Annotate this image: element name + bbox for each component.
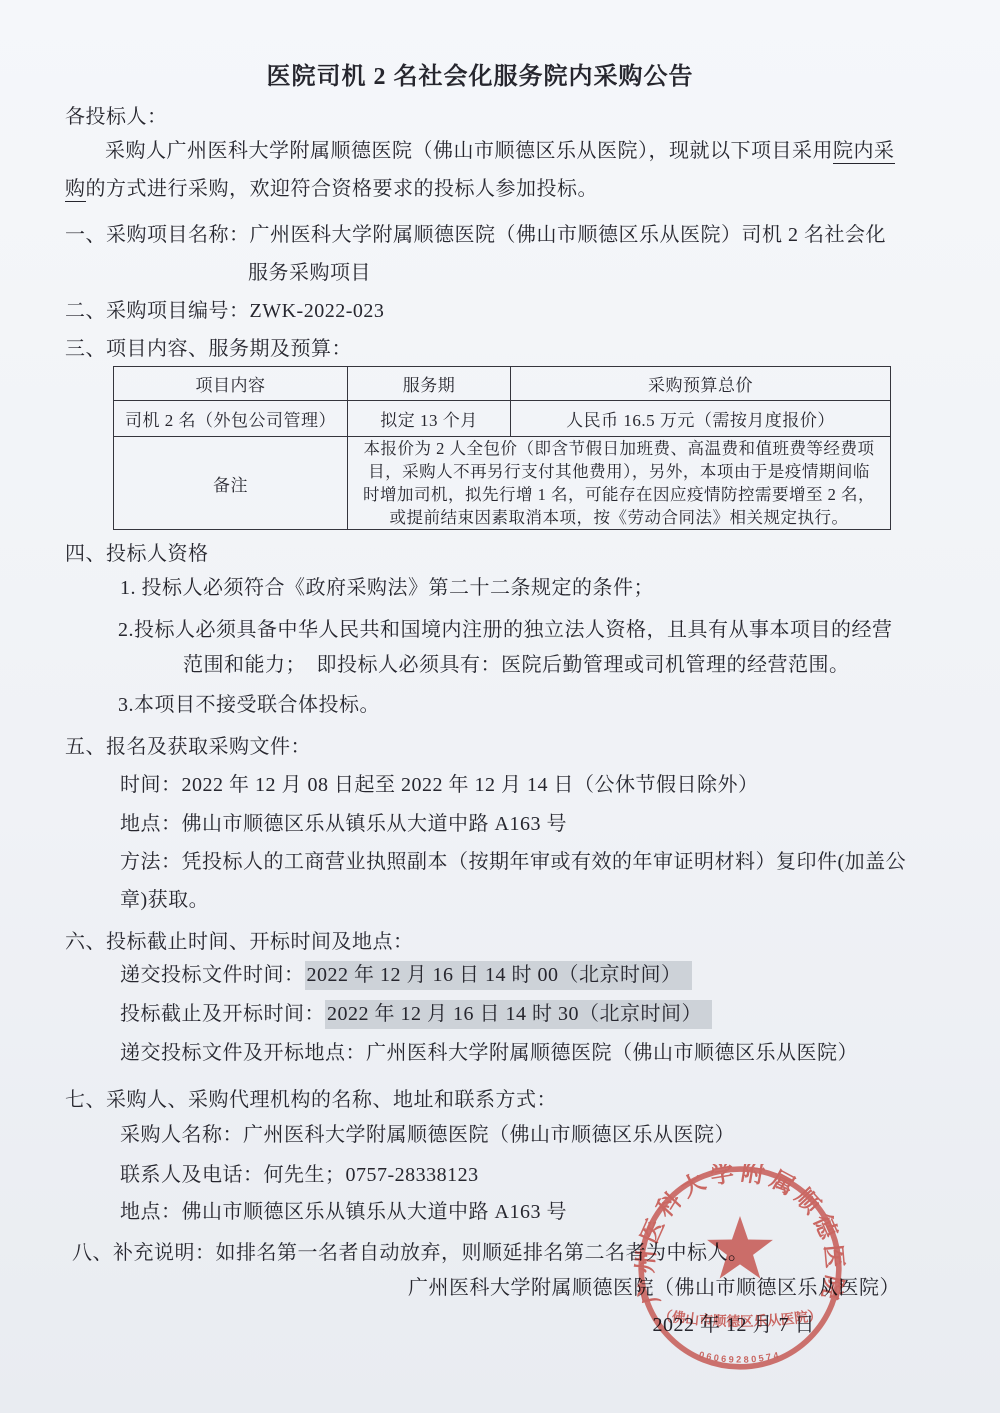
cell-period: 拟定 13 个月 — [348, 401, 511, 437]
intro-line-2: 购的方式进行采购，欢迎符合资格要求的投标人参加投标。 — [65, 176, 900, 203]
section-2: 二、采购项目编号：ZWK-2022-023 — [65, 298, 900, 325]
date-line: 2022 年 12 月 7 日 — [65, 1312, 815, 1339]
intro-line-1: 采购人广州医科大学附属顺德医院（佛山市顺德区乐从医院），现就以下项目采用院内采 — [65, 138, 940, 165]
table-header-budget: 采购预算总价 — [511, 367, 891, 401]
section-1-line-2: 服务采购项目 — [65, 260, 1000, 287]
section-4-heading: 四、投标人资格 — [65, 541, 900, 568]
remark-label: 备注 — [114, 437, 348, 530]
note-line: 时增加司机，拟先行增 1 名，可能存在因应疫情防控需要增至 2 名， — [352, 483, 886, 506]
section-7-contact: 联系人及电话：何先生；0757-28338123 — [65, 1162, 955, 1189]
note-line: 目，采购人不再另行支付其他费用），另外，本项由于是疫情期间临 — [352, 460, 886, 483]
seal-serial-number: 06069280574 — [698, 1350, 782, 1365]
section-7-heading: 七、采购人、采购代理机构的名称、地址和联系方式： — [65, 1087, 900, 1114]
section-3: 三、项目内容、服务期及预算： — [65, 336, 900, 363]
section-6-open-place: 递交投标文件及开标地点：广州医科大学附属顺德医院（佛山市顺德区乐从医院） — [65, 1040, 955, 1067]
section-1-line-1: 一、采购项目名称：广州医科大学附属顺德医院（佛山市顺德区乐从医院）司机 2 名社… — [65, 222, 900, 249]
section-4-item-3: 3.本项目不接受联合体投标。 — [65, 692, 953, 719]
note-line: 本报价为 2 人全包价（即含节假日加班费、高温费和值班费等经费项 — [352, 437, 886, 460]
section-7-buyer: 采购人名称：广州医科大学附属顺德医院（佛山市顺德区乐从医院） — [65, 1122, 955, 1149]
section-7-address: 地点：佛山市顺德区乐从镇乐从大道中路 A163 号 — [65, 1199, 955, 1226]
cell-budget: 人民币 16.5 万元（需按月度报价） — [511, 401, 891, 437]
deadline-label: 投标截止及开标时间： — [120, 1003, 325, 1025]
table-header-period: 服务期 — [348, 367, 511, 401]
remark-note: 本报价为 2 人全包价（即含节假日加班费、高温费和值班费等经费项 目，采购人不再… — [348, 437, 891, 530]
section-6-deadline: 投标截止及开标时间：2022 年 12 月 16 日 14 时 30（北京时间） — [65, 1001, 955, 1028]
signature-line: 广州医科大学附属顺德医院（佛山市顺德区乐从医院） — [65, 1275, 900, 1302]
section-5-heading: 五、报名及获取采购文件： — [65, 734, 900, 761]
salutation: 各投标人： — [65, 104, 900, 131]
section-5-method-line-1: 方法：凭投标人的工商营业执照副本（按期年审或有效的年审证明材料）复印件(加盖公 — [65, 849, 955, 876]
official-seal-stamp: 广州医科大学附属顺德医院 （佛山市顺德区乐从医院） 06069280574 — [633, 1164, 847, 1378]
submit-time-value-highlighted: 2022 年 12 月 16 日 14 时 00（北京时间） — [305, 961, 692, 990]
intro-underlined-text: 购 — [65, 178, 86, 202]
svg-text:06069280574: 06069280574 — [698, 1350, 782, 1365]
intro-text: 的方式进行采购，欢迎符合资格要求的投标人参加投标。 — [86, 178, 599, 200]
section-6-heading: 六、投标截止时间、开标时间及地点： — [65, 929, 900, 956]
section-5-method-line-2: 章)获取。 — [65, 887, 955, 914]
table-remark-row: 备注 本报价为 2 人全包价（即含节假日加班费、高温费和值班费等经费项 目，采购… — [114, 437, 891, 530]
table-header-content: 项目内容 — [114, 367, 348, 401]
section-6-submit-time: 递交投标文件时间：2022 年 12 月 16 日 14 时 00（北京时间） — [65, 962, 955, 989]
table-row: 司机 2 名（外包公司管理） 拟定 13 个月 人民币 16.5 万元（需按月度… — [114, 401, 891, 437]
intro-underlined-text: 院内采 — [833, 140, 895, 164]
section-8: 八、补充说明：如排名第一名者自动放弃，则顺延排名第二名者为中标人。 — [65, 1240, 907, 1267]
intro-text: 采购人广州医科大学附属顺德医院（佛山市顺德区乐从医院），现就以下项目采用 — [105, 140, 833, 162]
section-4-item-2-line-1: 2.投标人必须具备中华人民共和国境内注册的独立法人资格，且具有从事本项目的经营 — [65, 617, 953, 644]
section-4-item-1: 1. 投标人必须符合《政府采购法》第二十二条规定的条件； — [65, 575, 955, 602]
section-5-time: 时间：2022 年 12 月 08 日起至 2022 年 12 月 14 日（公… — [65, 772, 955, 799]
cell-content: 司机 2 名（外包公司管理） — [114, 401, 348, 437]
budget-table: 项目内容 服务期 采购预算总价 司机 2 名（外包公司管理） 拟定 13 个月 … — [113, 366, 891, 530]
section-5-place: 地点：佛山市顺德区乐从镇乐从大道中路 A163 号 — [65, 811, 955, 838]
scanned-procurement-notice: 医院司机 2 名社会化服务院内采购公告 各投标人： 采购人广州医科大学附属顺德医… — [0, 0, 1000, 1413]
submit-time-label: 递交投标文件时间： — [120, 964, 305, 986]
page-title: 医院司机 2 名社会化服务院内采购公告 — [65, 56, 895, 91]
deadline-value-highlighted: 2022 年 12 月 16 日 14 时 30（北京时间） — [325, 1000, 712, 1029]
section-4-item-2-line-2: 范围和能力； 即投标人必须具有：医院后勤管理或司机管理的经营范围。 — [65, 652, 1000, 679]
table-header-row: 项目内容 服务期 采购预算总价 — [114, 367, 891, 401]
note-line: 或提前结束因素取消本项，按《劳动合同法》相关规定执行。 — [352, 506, 886, 529]
